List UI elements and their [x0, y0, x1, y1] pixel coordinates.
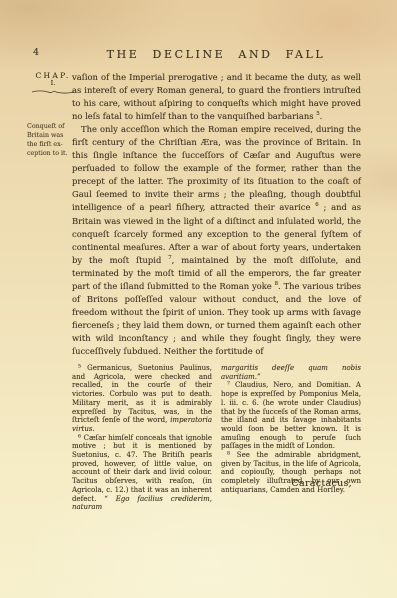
chapter-rule-flourish [31, 88, 75, 95]
margin-note-line: Conqueſt of [27, 122, 73, 131]
paragraph-conquest-of-britain: The only acceſſion which the Roman empir… [72, 123, 361, 358]
footnotes-section: 5 Germanicus, Suetonius Paulinus, and Ag… [72, 364, 362, 512]
body-text-run: . The various tribes of Britons poſſeſſe… [72, 281, 361, 356]
margin-note-line: the firſt ex- [27, 140, 73, 149]
body-text-run: The only acceſſion which the Roman empir… [72, 124, 361, 212]
footnotes-left-column: 5 Germanicus, Suetonius Paulinus, and Ag… [72, 364, 212, 512]
main-text-block: vaſion of the Imperial prerogative ; and… [72, 71, 361, 358]
footnote-text: Cæſar himſelf conceals that ignoble moti… [72, 434, 212, 503]
margin-note: Conqueſt of Britain was the firſt ex- ce… [27, 122, 73, 158]
paragraph-continuation: vaſion of the Imperial prerogative ; and… [72, 71, 361, 123]
footnote-7: 7 Claudius, Nero, and Domitian. A hope i… [221, 381, 361, 451]
footnote-6: 6 Cæſar himſelf conceals that ignoble mo… [72, 434, 212, 512]
footnotes-right-column: margaritis deeſſe quam nobis avaritiam.”… [221, 364, 361, 512]
running-title: THE DECLINE AND FALL [72, 48, 360, 61]
margin-note-line: Britain was [27, 131, 73, 140]
body-text-run: . [320, 111, 323, 121]
footnote-latin-quote: margaritis deeſſe quam nobis avaritiam.” [221, 364, 361, 381]
chapter-numeral: I. [29, 79, 77, 87]
chapter-heading: CHAP. I. [29, 71, 77, 95]
footnote-5: 5 Germanicus, Suetonius Paulinus, and Ag… [72, 364, 212, 434]
catchword: Caractacus, [291, 478, 352, 489]
footnote-text: Claudius, Nero, and Domitian. A hope is … [221, 381, 361, 450]
book-page: 4 THE DECLINE AND FALL CHAP. I. Conqueſt… [0, 0, 397, 598]
page-number: 4 [33, 47, 39, 58]
footnote-6-continuation: margaritis deeſſe quam nobis avaritiam.” [221, 364, 361, 381]
margin-note-line: ception to it. [27, 149, 73, 158]
